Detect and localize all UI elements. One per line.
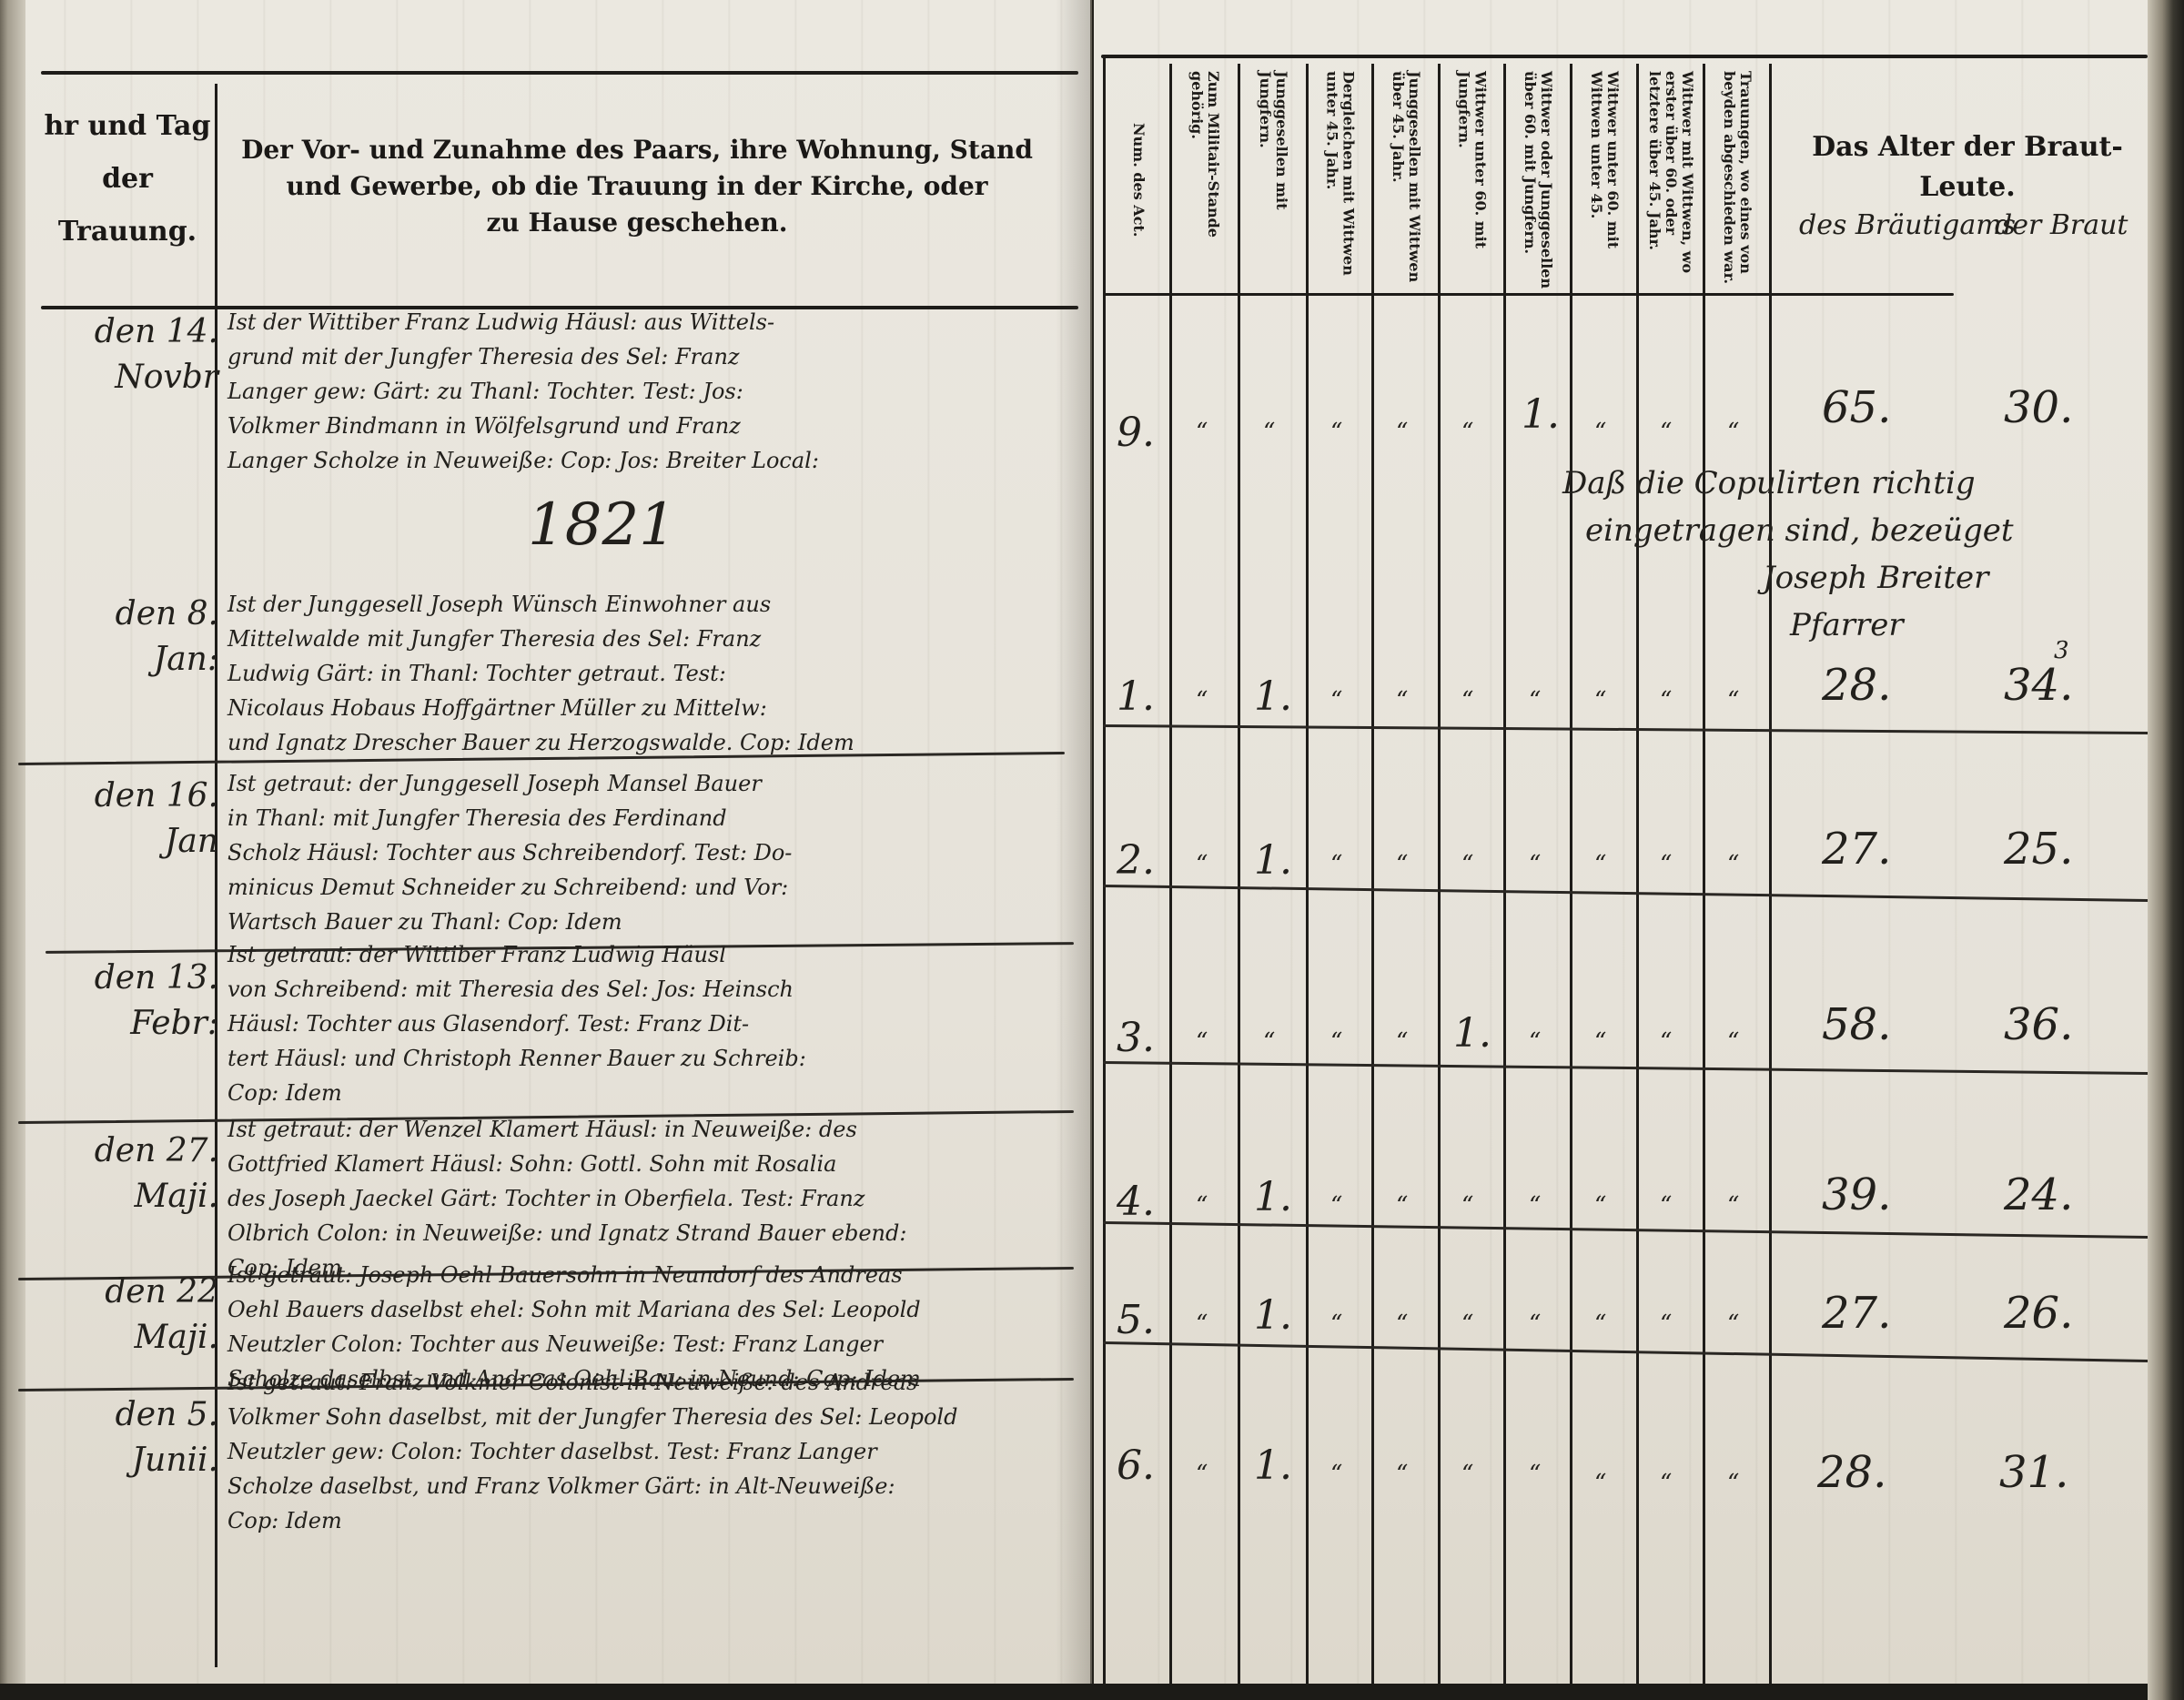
entry-text: Ist getraut: der Wittiber Franz Ludwig H… bbox=[227, 937, 1065, 1110]
entry-date: den 27. Maji. bbox=[64, 1128, 218, 1219]
entry-text: Ist getraut: Franz Volkmer Colonist in N… bbox=[227, 1365, 1065, 1538]
column-header-bachelors-widows-over-45: Junggesellen mit Wittwen über 45. Jahr. bbox=[1374, 68, 1438, 291]
entry-date: den 5. Junii. bbox=[64, 1392, 218, 1483]
column-header-divorced: Trauungen, wo eines von beyden abgeschie… bbox=[1705, 68, 1769, 291]
column-divider bbox=[1769, 64, 1772, 1684]
column-header-bachelors-maidens: Junggesellen mit Jungfern. bbox=[1240, 68, 1306, 291]
column-divider bbox=[1438, 64, 1441, 1684]
row-divider bbox=[1103, 885, 2149, 902]
bride-age-subheader: der Braut bbox=[1995, 209, 2128, 241]
row-divider bbox=[1103, 1341, 2149, 1362]
header-top-rule bbox=[41, 71, 1078, 75]
column-header-military: Zum Militair-Stande gehörig. bbox=[1172, 68, 1238, 291]
table-left-border bbox=[1103, 55, 1106, 1684]
open-register-book: hr und Tag der Trauung. Der Vor- und Zun… bbox=[0, 0, 2184, 1700]
column-header-act-number: Num. des Act. bbox=[1107, 68, 1169, 291]
column-header-widowers-widows-over: Wittwer mit Wittwen, wo erster über 60. … bbox=[1639, 68, 1703, 291]
column-header-widowers-under-60-maidens: Wittwer unter 60. mit Jungfern. bbox=[1441, 68, 1503, 291]
column-divider bbox=[1238, 64, 1240, 1684]
column-divider bbox=[1371, 64, 1374, 1684]
column-divider bbox=[1570, 64, 1572, 1684]
entry-date: den 14. Novbr bbox=[64, 309, 218, 400]
column-header-bachelors-widows-under-45: Dergleichen mit Wittwen unter 45. Jahr. bbox=[1309, 68, 1371, 291]
entry-text: Ist der Junggesell Joseph Wünsch Einwohn… bbox=[227, 587, 1065, 760]
column-divider bbox=[1703, 64, 1705, 1684]
column-divider bbox=[1306, 64, 1309, 1684]
column-divider bbox=[1636, 64, 1639, 1684]
row-divider bbox=[1103, 1221, 2149, 1239]
entry-text: Ist der Wittiber Franz Ludwig Häusl: aus… bbox=[227, 305, 1065, 478]
year-marker: 1821 bbox=[528, 491, 676, 559]
row-divider bbox=[1103, 724, 2149, 734]
column-divider bbox=[1169, 64, 1172, 1684]
right-page: Num. des Act. Zum Militair-Stande gehöri… bbox=[1094, 0, 2159, 1684]
groom-age-subheader: des Bräutigams bbox=[1799, 209, 2016, 241]
row-divider bbox=[1103, 1061, 2149, 1075]
names-column-header: Der Vor- und Zunahme des Paars, ihre Woh… bbox=[227, 132, 1046, 241]
header-top-rule bbox=[1101, 55, 2148, 58]
page-edge bbox=[0, 0, 25, 1684]
entry-date: den 16. Jan bbox=[64, 774, 218, 865]
age-column-header: Das Alter der Braut- Leute. bbox=[1785, 127, 2149, 207]
pastor-attestation: Daß die Copulirten richtig eingetragen s… bbox=[1562, 460, 2014, 649]
left-page: hr und Tag der Trauung. Der Vor- und Zun… bbox=[0, 0, 1092, 1684]
page-edge bbox=[2148, 0, 2184, 1700]
column-divider bbox=[1503, 64, 1506, 1684]
date-column-header: hr und Tag der Trauung. bbox=[36, 100, 218, 258]
column-header-widowers-widows-under-45: Wittwer unter 60. mit Wittwen unter 45. bbox=[1572, 68, 1636, 291]
entry-date: den 22 Maji. bbox=[64, 1270, 218, 1361]
column-header-over-60-maidens: Wittwer oder Junggesellen über 60. mit J… bbox=[1506, 68, 1570, 291]
header-bottom-rule bbox=[1103, 293, 1954, 296]
entry-date: den 13. Febr: bbox=[64, 956, 218, 1047]
entry-date: den 8. Jan: bbox=[64, 592, 218, 683]
entry-text: Ist getraut: der Junggesell Joseph Manse… bbox=[227, 766, 1065, 939]
